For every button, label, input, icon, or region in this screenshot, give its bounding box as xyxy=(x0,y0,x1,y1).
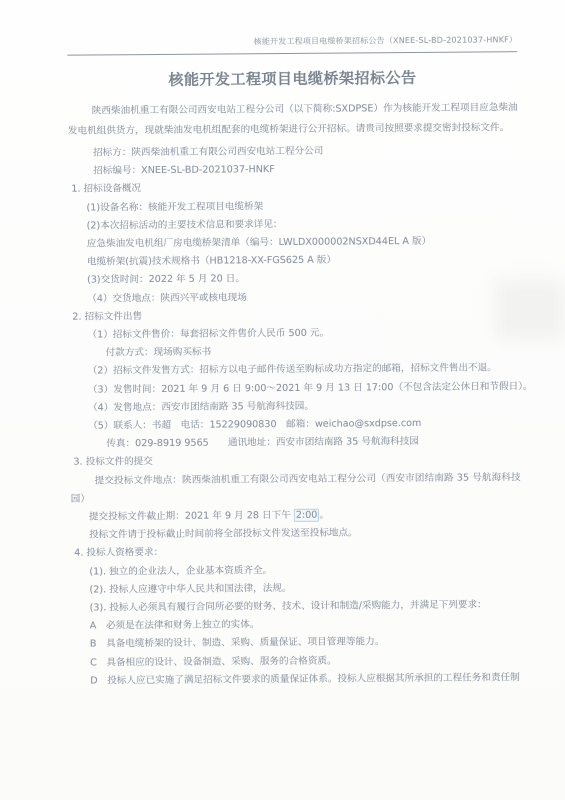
page-tilt-wrapper: 核能开发工程项目电缆桥架招标公告（XNEE-SL-BD-2021037-HNKF… xyxy=(0,0,565,800)
text-segment: 。 xyxy=(319,510,329,521)
scanned-document-page: 核能开发工程项目电缆桥架招标公告（XNEE-SL-BD-2021037-HNKF… xyxy=(0,0,565,800)
intro-paragraph: 陕西柴油机重工有限公司西安电站工程分公司（以下简称:SXDPSE）作为核能开发工… xyxy=(68,98,518,142)
text-segment: 提交投标文件截止期：2021 年 9 月 28 日下午 xyxy=(89,510,294,523)
submit-place: 提交投标文件地点：陕西柴油机重工有限公司西安电站工程分公司（西安市团结南路 35… xyxy=(71,469,521,509)
document-lines: 陕西柴油机重工有限公司西安电站工程分公司（以下简称:SXDPSE）作为核能开发工… xyxy=(68,98,523,691)
deadline-highlight-box: 2:00 xyxy=(294,509,320,522)
document-content: 核能开发工程项目电缆桥架招标公告（XNEE-SL-BD-2021037-HNKF… xyxy=(0,0,565,691)
sale-time: （3）发售时间：2021 年 9 月 6 日 9:00～2021 年 9 月 1… xyxy=(70,378,520,400)
document-title: 核能开发工程项目电缆桥架招标公告 xyxy=(67,66,517,91)
document-header-reference: 核能开发工程项目电缆桥架招标公告（XNEE-SL-BD-2021037-HNKF… xyxy=(67,34,517,49)
header-divider xyxy=(67,51,517,56)
requirement-d: D 投标人应已实施了满足招标文件要求的质量保证体系。投标人应根据其所承担的工程任… xyxy=(72,669,522,691)
qualification-3: (3). 投标人必须具有履行合同所必要的财务、技术、设计和制造/采购能力，并满足… xyxy=(72,596,522,618)
